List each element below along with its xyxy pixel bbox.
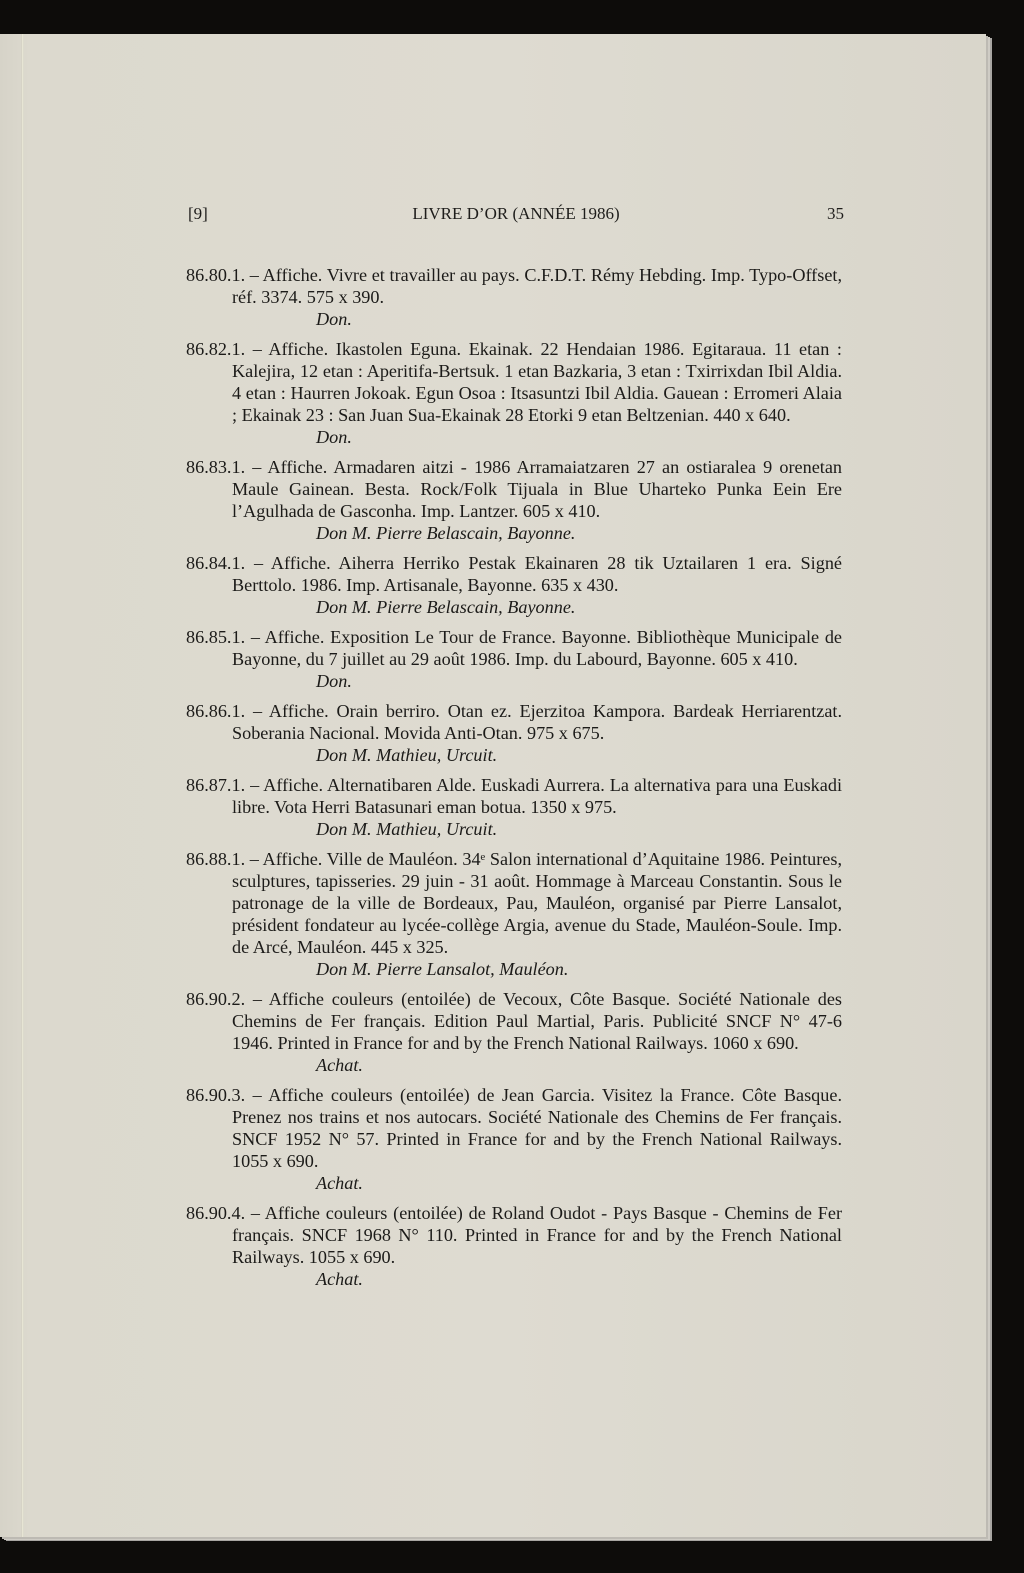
- entry-text: 86.90.4. – Affiche couleurs (entoilée) d…: [186, 1202, 842, 1268]
- catalog-entry: 86.88.1. – Affiche. Ville de Mauléon. 34…: [186, 848, 842, 980]
- entry-donor: Don.: [186, 670, 842, 692]
- entry-donor: Don M. Mathieu, Urcuit.: [186, 818, 842, 840]
- catalog-entry: 86.86.1. – Affiche. Orain berriro. Otan …: [186, 700, 842, 766]
- entry-donor: Don M. Mathieu, Urcuit.: [186, 744, 842, 766]
- entry-text: 86.87.1. – Affiche. Alternatibaren Alde.…: [186, 774, 842, 818]
- entry-donor: Don M. Pierre Belascain, Bayonne.: [186, 522, 842, 544]
- entry-donor: Achat.: [186, 1268, 842, 1290]
- entry-donor: Don.: [186, 308, 842, 330]
- book-page: [9] LIVRE D’OR (ANNÉE 1986) 35 86.80.1. …: [0, 34, 986, 1537]
- entry-donor: Don M. Pierre Lansalot, Mauléon.: [186, 958, 842, 980]
- catalog-entry: 86.84.1. – Affiche. Aiherra Herriko Pest…: [186, 552, 842, 618]
- page-number: 35: [827, 204, 844, 224]
- entry-text: 86.90.2. – Affiche couleurs (entoilée) d…: [186, 988, 842, 1054]
- catalog-entry: 86.82.1. – Affiche. Ikastolen Eguna. Eka…: [186, 338, 842, 448]
- catalog-entry: 86.85.1. – Affiche. Exposition Le Tour d…: [186, 626, 842, 692]
- running-header: [9] LIVRE D’OR (ANNÉE 1986) 35: [188, 204, 844, 226]
- running-title: LIVRE D’OR (ANNÉE 1986): [188, 204, 844, 224]
- catalog-entry: 86.80.1. – Affiche. Vivre et travailler …: [186, 264, 842, 330]
- catalog-entry: 86.83.1. – Affiche. Armadaren aitzi - 19…: [186, 456, 842, 544]
- catalog-entry: 86.87.1. – Affiche. Alternatibaren Alde.…: [186, 774, 842, 840]
- catalog-entry: 86.90.3. – Affiche couleurs (entoilée) d…: [186, 1084, 842, 1194]
- catalog-entry: 86.90.4. – Affiche couleurs (entoilée) d…: [186, 1202, 842, 1290]
- entry-donor: Don M. Pierre Belascain, Bayonne.: [186, 596, 842, 618]
- entry-text: 86.90.3. – Affiche couleurs (entoilée) d…: [186, 1084, 842, 1172]
- entry-text: 86.82.1. – Affiche. Ikastolen Eguna. Eka…: [186, 338, 842, 426]
- entry-text: 86.84.1. – Affiche. Aiherra Herriko Pest…: [186, 552, 842, 596]
- catalog-entry: 86.90.2. – Affiche couleurs (entoilée) d…: [186, 988, 842, 1076]
- entry-text: 86.83.1. – Affiche. Armadaren aitzi - 19…: [186, 456, 842, 522]
- entry-donor: Don.: [186, 426, 842, 448]
- entry-text: 86.88.1. – Affiche. Ville de Mauléon. 34…: [186, 848, 842, 958]
- entry-donor: Achat.: [186, 1054, 842, 1076]
- entry-text: 86.86.1. – Affiche. Orain berriro. Otan …: [186, 700, 842, 744]
- entry-text: 86.85.1. – Affiche. Exposition Le Tour d…: [186, 626, 842, 670]
- entry-text: 86.80.1. – Affiche. Vivre et travailler …: [186, 264, 842, 308]
- page-fold: [21, 34, 24, 1537]
- entry-donor: Achat.: [186, 1172, 842, 1194]
- catalog-entries: 86.80.1. – Affiche. Vivre et travailler …: [186, 264, 842, 1298]
